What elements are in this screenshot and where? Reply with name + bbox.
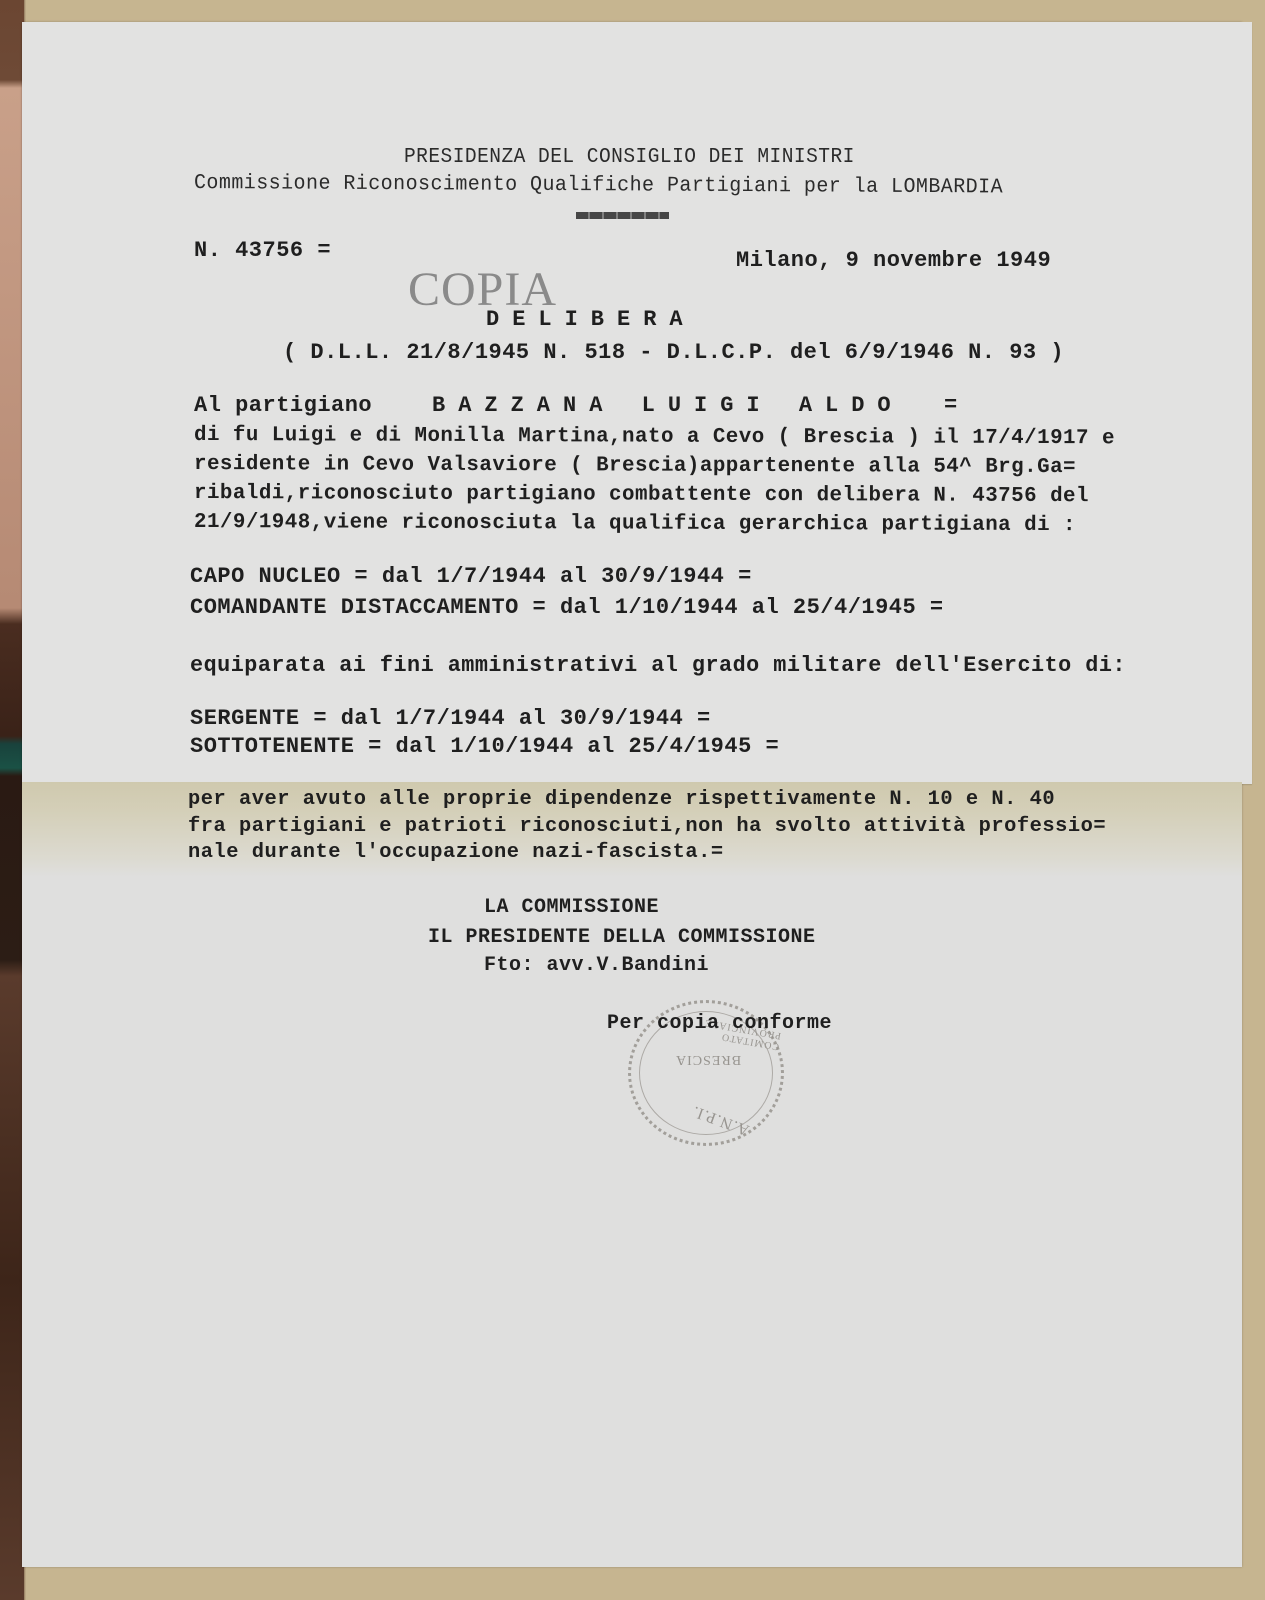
recipient-label: Al partigiano (194, 393, 372, 418)
military-rank-1: SERGENTE = dal 1/7/1944 al 30/9/1944 = (190, 706, 711, 731)
military-rank-2: SOTTOTENENTE = dal 1/10/1944 al 25/4/194… (190, 734, 779, 759)
body-line: residente in Cevo Valsaviore ( Brescia)a… (194, 453, 1076, 479)
partisan-rank-2: COMANDANTE DISTACCAMENTO = dal 1/10/1944… (190, 595, 944, 620)
header-divider (576, 212, 669, 219)
header-subtitle: Commissione Riconoscimento Qualifiche Pa… (194, 172, 1003, 199)
place-date: Milano, 9 novembre 1949 (736, 248, 1051, 273)
certification-text: Per copia conforme (607, 1012, 832, 1035)
closing-line: nale durante l'occupazione nazi-fascista… (188, 841, 724, 864)
equivalence-text: equiparata ai fini amministrativi al gra… (190, 653, 1126, 678)
document-title: DELIBERA (486, 307, 696, 332)
recipient-suffix: = (944, 393, 958, 418)
signature-president: IL PRESIDENTE DELLA COMMISSIONE (428, 926, 816, 949)
body-line: 21/9/1948,viene riconosciuta la qualific… (194, 511, 1076, 537)
signature-name: Fto: avv.V.Bandini (484, 954, 709, 977)
partisan-rank-1: CAPO NUCLEO = dal 1/7/1944 al 30/9/1944 … (190, 564, 752, 589)
recipient-name: BAZZANA LUIGI ALDO (432, 393, 904, 418)
body-line: ribaldi,riconosciuto partigiano combatte… (194, 482, 1089, 508)
legal-reference: ( D.L.L. 21/8/1945 N. 518 - D.L.C.P. del… (283, 340, 1064, 365)
binder-edge (0, 0, 24, 1600)
seal-city-text: BRESCIA (675, 1051, 741, 1067)
protocol-number: N. 43756 = (194, 238, 331, 263)
closing-line: per aver avuto alle proprie dipendenze r… (188, 788, 1055, 811)
body-line: di fu Luigi e di Monilla Martina,nato a … (194, 424, 1115, 450)
closing-line: fra partigiani e patrioti riconosciuti,n… (188, 815, 1106, 838)
signature-commission: LA COMMISSIONE (484, 896, 659, 919)
header-title: PRESIDENZA DEL CONSIGLIO DEI MINISTRI (404, 146, 855, 169)
